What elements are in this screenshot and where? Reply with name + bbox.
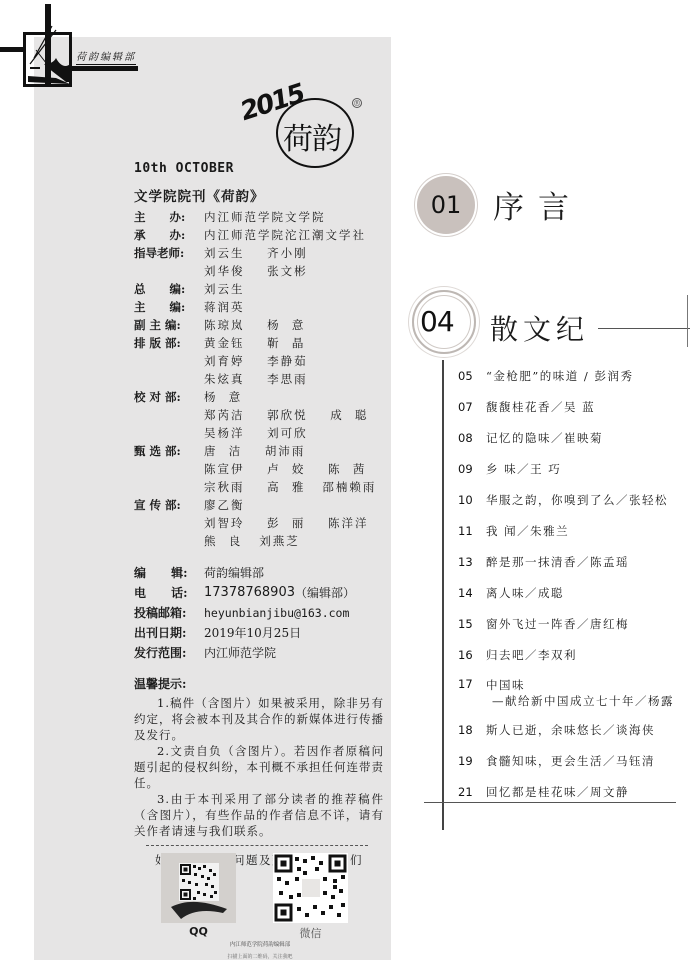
toc-title: 乡 味／王 巧 [486, 461, 561, 477]
toc-title: 归去吧／李双利 [486, 647, 577, 663]
contact-row: 发行范围: 内江师范学院 [134, 643, 384, 663]
toc-item[interactable]: 17 中国味 —献给新中国成立七十年／杨露 [458, 670, 690, 714]
toc-title: 回忆都是桂花味／周文静 [486, 784, 629, 800]
staff-role: 指导老师: [134, 244, 204, 280]
notice-block: 温馨提示: 1.稿件（含图片）如果被采用，除非另有约定，将会被本刊及其合作的新媒… [134, 676, 384, 868]
staff-names: 杨 意 [204, 388, 369, 406]
toc-vertical-rule [442, 360, 444, 830]
staff-names: 熊 良 刘燕芝 [204, 532, 369, 550]
staff-role: 承 办: [134, 226, 204, 244]
journal-title: 文学院院刊《荷韵》 [134, 185, 265, 205]
table-of-contents: 05“金枪肥”的味道 / 彭润秀 07馥馥桂花香／吴 蓝 08记忆的隐味／崔映菊… [458, 360, 690, 807]
email-label: 投稿邮箱: [134, 603, 204, 623]
staff-role: 宣 传 部: [134, 496, 204, 550]
toc-title: 离人味／成聪 [486, 585, 564, 601]
notice-item: 2.文责自负（含图片）。若因作者原稿问题引起的侵权纠纷，本刊概不承担任何连带责任… [134, 743, 384, 791]
qq-label: QQ [161, 925, 236, 938]
toc-title: 记忆的隐味／崔映菊 [486, 430, 603, 446]
staff-names: 陈琼岚 杨 意 [204, 316, 305, 334]
staff-row: 指导老师: 刘云生 齐小刚 刘华俊 张文彬 [134, 244, 384, 280]
staff-names: 黄金钰 靳 晶 [204, 334, 308, 352]
toc-page: 17 [458, 677, 486, 691]
staff-names: 陈宣伊 卢 姣 陈 茜 [204, 460, 376, 478]
section-number: 04 [420, 305, 454, 338]
toc-page: 18 [458, 723, 486, 737]
notice-heading: 温馨提示: [134, 676, 384, 692]
toc-page: 05 [458, 369, 486, 383]
toc-title: “金枪肥”的味道 / 彭润秀 [486, 368, 633, 384]
issue-date-line: 10th OCTOBER [134, 161, 234, 176]
section-title: 序言 [493, 182, 583, 227]
contact-row: 出刊日期: 2019年10月25日 [134, 623, 384, 643]
publish-date-label: 出刊日期: [134, 623, 204, 643]
toc-item[interactable]: 14离人味／成聪 [458, 577, 690, 608]
phone-note: （编辑部） [295, 583, 355, 603]
decor-bar [72, 66, 138, 71]
contact-row: 投稿邮箱: heyunbianjibu@163.com [134, 603, 384, 623]
decor-bar [45, 4, 51, 86]
notice-item: 1.稿件（含图片）如果被采用，除非另有约定，将会被本刊及其合作的新媒体进行传播及… [134, 695, 384, 743]
contact-row: 编 辑: 荷韵编辑部 [134, 563, 384, 583]
phone-value: 17378768903 [204, 583, 295, 603]
section-title: 散文纪 [490, 308, 589, 348]
contact-row: 电 话: 17378768903 （编辑部） [134, 583, 384, 603]
toc-item[interactable]: 19食髓知味，更会生活／马钰清 [458, 745, 690, 776]
staff-row: 宣 传 部: 廖乙衡 刘智玲 彭 丽 陈洋洋 熊 良 刘燕芝 [134, 496, 384, 550]
notice-item: 3.由于本刊采用了部分读者的推荐稿件（含图片），有些作品的作者信息不详，请有关作… [134, 791, 384, 839]
editor-value: 荷韵编辑部 [204, 563, 264, 583]
toc-title: 窗外飞过一阵香／唐红梅 [486, 616, 629, 632]
staff-role: 总 编: [134, 280, 204, 298]
toc-title: 我 闻／朱雅兰 [486, 523, 569, 539]
toc-title: 斯人已逝，余味悠长／谈海侠 [486, 722, 655, 738]
publish-date-value: 2019年10月25日 [204, 623, 301, 643]
toc-page: 19 [458, 754, 486, 768]
toc-item[interactable]: 05“金枪肥”的味道 / 彭润秀 [458, 360, 690, 391]
staff-role: 副 主 编: [134, 316, 204, 334]
staff-role: 主 编: [134, 298, 204, 316]
staff-names: 刘云生 齐小刚 [204, 244, 308, 262]
toc-item[interactable]: 11我 闻／朱雅兰 [458, 515, 690, 546]
staff-names: 刘华俊 张文彬 [204, 262, 308, 280]
phone-label: 电 话: [134, 583, 204, 603]
qr-footer-hint: 扫描上面的二维码，关注我吧 [180, 953, 340, 960]
wechat-label: 微信 [273, 925, 348, 941]
dashed-divider [146, 845, 368, 846]
title-endmark [687, 295, 688, 347]
toc-title: 馥馥桂花香／吴 蓝 [486, 399, 595, 415]
staff-role: 主 办: [134, 208, 204, 226]
masthead-logo: 2015 荷韵 ® [236, 80, 366, 170]
staff-names: 刘云生 [204, 280, 245, 298]
toc-page: 10 [458, 493, 486, 507]
corner-logo: 荷韵编辑部 [0, 0, 140, 90]
toc-title: 华服之韵，你嗅到了么／张轻松 [486, 492, 668, 508]
contact-block: 编 辑: 荷韵编辑部 电 话: 17378768903 （编辑部） 投稿邮箱: … [134, 563, 384, 663]
toc-item[interactable]: 15窗外飞过一阵香／唐红梅 [458, 608, 690, 639]
toc-title: 食髓知味，更会生活／马钰清 [486, 753, 655, 769]
toc-item[interactable]: 13醉是那一抹清香／陈孟瑶 [458, 546, 690, 577]
staff-role: 排 版 部: [134, 334, 204, 388]
staff-row: 主 办: 内江师范学院文学院 [134, 208, 384, 226]
toc-page: 13 [458, 555, 486, 569]
toc-item[interactable]: 07馥馥桂花香／吴 蓝 [458, 391, 690, 422]
toc-subtitle: —献给新中国成立七十年／杨露 [486, 693, 674, 709]
staff-row: 主 编: 蒋润英 [134, 298, 384, 316]
wechat-qr-code [273, 853, 348, 923]
title-underline [598, 328, 690, 329]
distribution-label: 发行范围: [134, 643, 204, 663]
staff-names: 唐 洁 胡沛雨 [204, 442, 376, 460]
toc-page: 11 [458, 524, 486, 538]
staff-names: 宗秋雨 高 雅 邵楠赖雨 [204, 478, 376, 496]
staff-names: 蒋润英 [204, 298, 245, 316]
qq-qr-icon [161, 853, 236, 923]
qr-footer-org: 内江师范学院荷韵编辑部 [180, 940, 340, 948]
editor-label: 编 辑: [134, 563, 204, 583]
staff-names: 刘智玲 彭 丽 陈洋洋 [204, 514, 369, 532]
editorial-tag: 荷韵编辑部 [76, 48, 136, 65]
qq-qr-code [161, 853, 236, 923]
toc-page: 07 [458, 400, 486, 414]
staff-row: 副 主 编: 陈琼岚 杨 意 [134, 316, 384, 334]
staff-row: 总 编: 刘云生 [134, 280, 384, 298]
registered-mark: ® [352, 98, 362, 108]
staff-names: 内江师范学院沱江潮文学社 [204, 226, 366, 244]
toc-page: 08 [458, 431, 486, 445]
toc-page: 15 [458, 617, 486, 631]
section-number-badge: 01 [417, 176, 475, 234]
toc-item[interactable]: 09乡 味／王 巧 [458, 453, 690, 484]
staff-names: 吴杨洋 刘可欣 [204, 424, 369, 442]
staff-row: 校 对 部: 杨 意 郑芮洁 郭欣悦 成 聪 吴杨洋 刘可欣 [134, 388, 384, 442]
toc-page: 14 [458, 586, 486, 600]
staff-names: 廖乙衡 [204, 496, 369, 514]
staff-names: 朱炫真 李思雨 [204, 370, 308, 388]
staff-names: 刘育婷 李静茹 [204, 352, 308, 370]
toc-item[interactable]: 21回忆都是桂花味／周文静 [458, 776, 690, 807]
toc-title: 醉是那一抹清香／陈孟瑶 [486, 554, 629, 570]
distribution-value: 内江师范学院 [204, 643, 276, 663]
staff-row: 甄 选 部: 唐 洁 胡沛雨 陈宣伊 卢 姣 陈 茜 宗秋雨 高 雅 邵楠赖雨 [134, 442, 384, 496]
toc-item[interactable]: 08记忆的隐味／崔映菊 [458, 422, 690, 453]
wechat-qr-icon [273, 853, 348, 923]
staff-row: 排 版 部: 黄金钰 靳 晶 刘育婷 李静茹 朱炫真 李思雨 [134, 334, 384, 388]
toc-item[interactable]: 10华服之韵，你嗅到了么／张轻松 [458, 484, 690, 515]
toc-page: 21 [458, 785, 486, 799]
toc-item[interactable]: 18斯人已逝，余味悠长／谈海侠 [458, 714, 690, 745]
toc-title: 中国味 [486, 677, 674, 693]
staff-names: 郑芮洁 郭欣悦 成 聪 [204, 406, 369, 424]
toc-item[interactable]: 16归去吧／李双利 [458, 639, 690, 670]
toc-page: 16 [458, 648, 486, 662]
staff-role: 甄 选 部: [134, 442, 204, 496]
decor-bar [0, 47, 24, 52]
staff-role: 校 对 部: [134, 388, 204, 442]
staff-row: 承 办: 内江师范学院沱江潮文学社 [134, 226, 384, 244]
logo-name: 荷韵 [283, 114, 341, 158]
email-value: heyunbianjibu@163.com [204, 603, 349, 623]
staff-names: 内江师范学院文学院 [204, 208, 326, 226]
staff-list: 主 办: 内江师范学院文学院 承 办: 内江师范学院沱江潮文学社 指导老师: 刘… [134, 208, 384, 550]
toc-page: 09 [458, 462, 486, 476]
